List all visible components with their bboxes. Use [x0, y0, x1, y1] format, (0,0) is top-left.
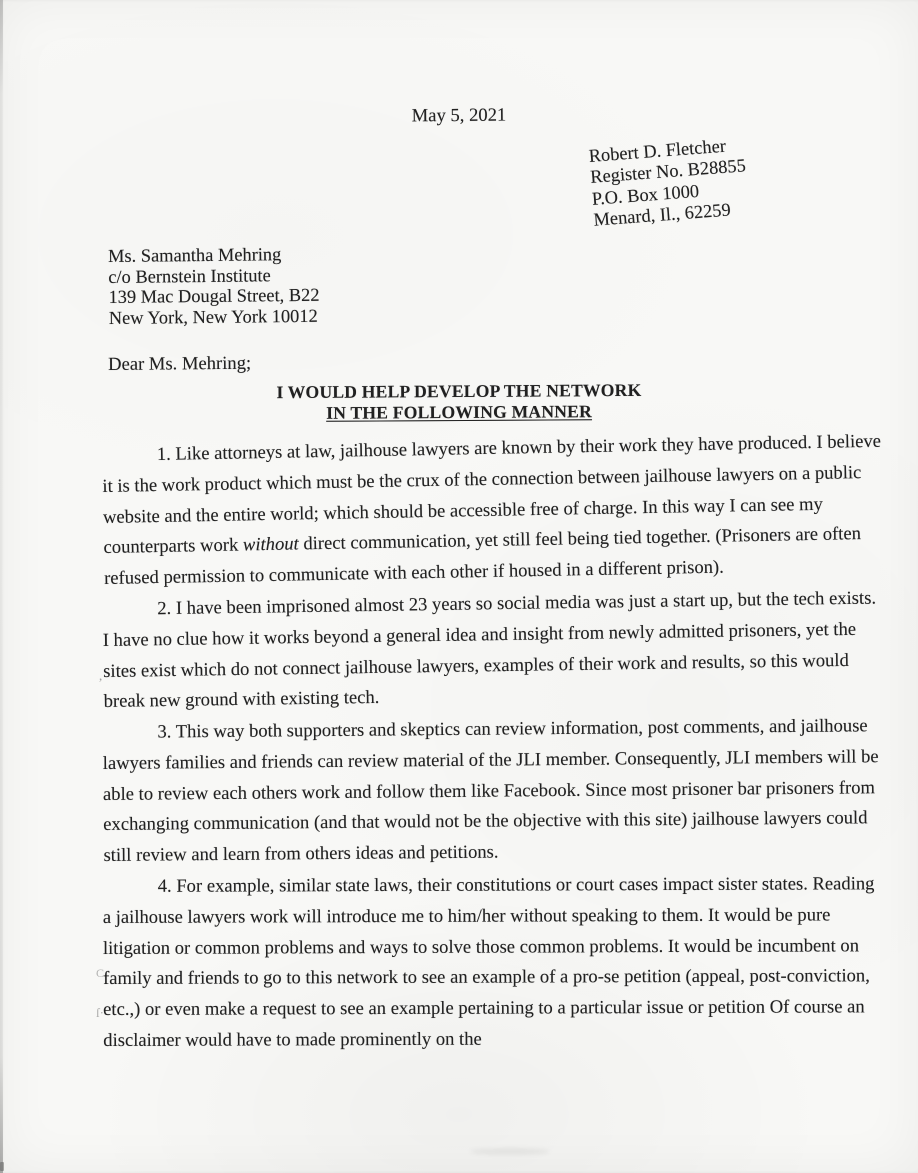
paragraph-3: 3. This way both supporters and skeptics… — [102, 711, 885, 872]
scan-edge-shadow — [0, 0, 3, 1173]
letter-date: May 5, 2021 — [0, 101, 918, 131]
sender-address-block: Robert D. Fletcher Register No. B28855 P… — [588, 134, 750, 231]
paragraph-4: 4. For example, similar state laws, thei… — [103, 869, 886, 1057]
scan-bottom-smudge — [470, 1148, 550, 1155]
paragraph-1-italic-word: without — [243, 534, 299, 556]
paragraph-4-text: 4. For example, similar state laws, thei… — [103, 873, 875, 1051]
letter-body: 1. Like attorneys at law, jailhouse lawy… — [103, 441, 885, 1057]
paragraph-3-text: 3. This way both supporters and skeptics… — [103, 715, 879, 866]
recipient-street: 139 Mac Dougal Street, B22 — [108, 285, 319, 308]
scanned-letter-page: May 5, 2021 Robert D. Fletcher Register … — [0, 0, 918, 1173]
heading-line-2: IN THE FOLLOWING MANNER — [0, 399, 918, 426]
paragraph-2-text: 2. I have been imprisoned almost 23 year… — [103, 588, 877, 713]
recipient-address-block: Ms. Samantha Mehring c/o Bernstein Insti… — [108, 244, 320, 328]
paragraph-1-text-cont: direct communication, yet still feel bei… — [104, 524, 861, 590]
scan-artifact-mark: , — [99, 668, 102, 684]
paragraph-2: 2. I have been imprisoned almost 23 year… — [102, 583, 886, 718]
scan-corner-speck — [0, 1162, 4, 1171]
recipient-name: Ms. Samantha Mehring — [108, 244, 319, 267]
recipient-org: c/o Bernstein Institute — [108, 264, 319, 287]
recipient-city-state-zip: New York, New York 10012 — [109, 305, 320, 328]
salutation: Dear Ms. Mehring; — [108, 353, 251, 376]
paragraph-1: 1. Like attorneys at law, jailhouse lawy… — [102, 427, 887, 595]
letter-heading: I WOULD HELP DEVELOP THE NETWORK IN THE … — [0, 378, 918, 426]
